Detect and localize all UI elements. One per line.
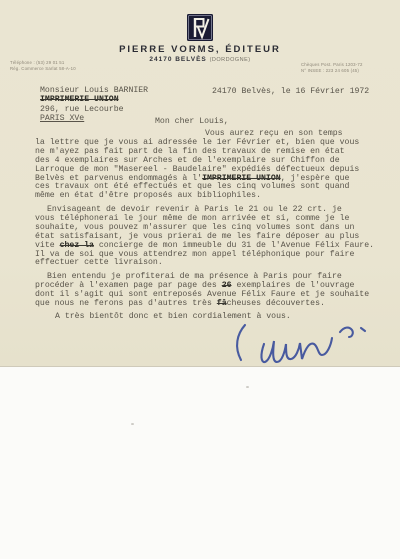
salutation: Mon cher Louis,	[155, 117, 229, 126]
body-paragraph-3: Bien entendu je profiterai de ma présenc…	[35, 273, 395, 309]
body-paragraph-2: Envisageant de devoir revenir à Paris le…	[35, 206, 395, 268]
pv-monogram-logo-icon	[187, 14, 213, 41]
letterhead-phone-block: Téléphone : (53) 29 01 51Rég. Commerce S…	[10, 60, 76, 72]
letterhead-account-block: Chèques Post. Paris 1203-72N° INSEE : 22…	[301, 62, 363, 74]
scan-speck	[246, 386, 249, 388]
publisher-city: 24170 BELVÈS	[149, 56, 206, 63]
publisher-name: PIERRE VORMS, ÉDITEUR	[0, 44, 400, 55]
date-line: 24170 Belvès, le 16 Février 1972	[212, 87, 369, 96]
publisher-region: (DORDOGNE)	[210, 57, 251, 63]
body-paragraph-1: Vous aurez reçu en son tempsla lettre qu…	[35, 130, 395, 201]
recipient-address: Monsieur Louis BARNIERIMPRIMERIE UNION29…	[40, 86, 148, 123]
scan-background	[0, 367, 400, 559]
scanned-letter: PIERRE VORMS, ÉDITEUR 24170 BELVÈS (DORD…	[0, 0, 400, 559]
scan-speck	[131, 423, 134, 425]
handwritten-signature	[228, 318, 373, 378]
